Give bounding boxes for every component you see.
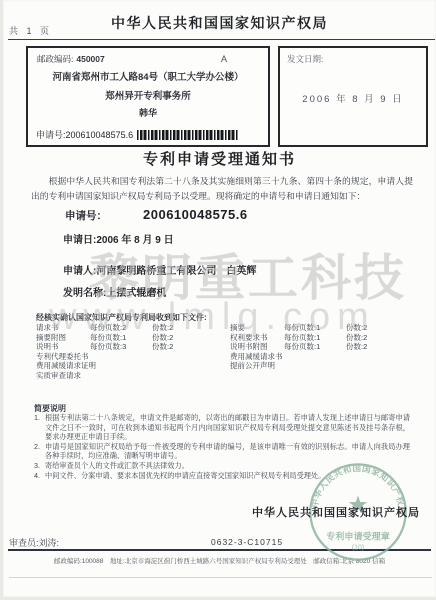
- note-number: 3.: [34, 461, 45, 471]
- note-item: 2. 申请号是国家知识产权局给予每一件被受理的专利申请的编号，是该申请唯一有效的…: [34, 442, 410, 461]
- document-pages: 每份页数:1: [284, 341, 346, 352]
- note-item: 1. 根据专利法第二十八条规定，申请文件是邮寄的，以寄出的邮戳日为申请日。若申请…: [34, 413, 410, 442]
- application-number-field: 申请号： 200610048575.6: [65, 207, 248, 223]
- applicant-value: 河南黎明路桥重工有限公司 白英辉: [96, 266, 256, 277]
- application-number-row: 申请号: 200610048575.6: [36, 128, 239, 141]
- notice-body-paragraph: 根据中华人民共和国专利法第二十八条及其实施细则第三十九条、第四十条的规定，申请人…: [31, 174, 413, 203]
- note-number: 4.: [34, 471, 45, 481]
- document-copies: 份数:2: [152, 341, 197, 352]
- postal-code-value: 450007: [76, 54, 104, 64]
- note-text: 根据专利法第二十八条规定，申请文件是邮寄的，以寄出的邮戳日为申请日。若申请人发现…: [45, 413, 410, 442]
- document-name: 实质审查请求: [36, 370, 81, 381]
- received-documents-left-column: 请求书 每份页数:2 份数:2 摘要附图 每份页数:1 份数:2 说明书 每份页…: [36, 322, 221, 380]
- seal-number: (10): [352, 544, 364, 551]
- recipient-person: 韩华: [28, 106, 268, 119]
- footer-agency-name: 中华人民共和国国家知识产权局: [252, 504, 420, 520]
- received-documents-right-column: 摘要 每份页数:1 份数:2 权利要求书 每份页数:1 份数:2 说明书附图 每…: [230, 322, 415, 370]
- scan-edge-line: [9, 577, 432, 578]
- postal-code-row: 邮政编码: 450007 A: [37, 53, 259, 65]
- invention-name-value: 上摆式辊磨机: [106, 288, 166, 299]
- document-row: 费用减缓请求证明: [36, 360, 221, 370]
- applicant-label: 申请人:: [63, 266, 96, 277]
- issue-date-value: 2006 年 8 月 9 日: [280, 91, 426, 105]
- invention-name-field: 发明名称:上摆式辊磨机: [63, 284, 166, 299]
- document-copies: 份数:2: [346, 341, 391, 352]
- document-row: 实质审查请求: [36, 370, 221, 380]
- recipient-address-box: 邮政编码: 450007 A 河南省郑州市工人路84号（职工大学办公楼） 郑州异…: [26, 46, 270, 147]
- seal-center-text: 专利申请受理章: [326, 531, 390, 542]
- postal-code-label: 邮政编码:: [37, 53, 73, 65]
- issue-date-box: 发文日期: 2006 年 8 月 9 日: [278, 46, 428, 147]
- note-number: 1.: [34, 413, 45, 442]
- document-row: 说明书附图 每份页数:1 份数:2: [230, 341, 415, 351]
- document-pages: 每份页数:3: [90, 341, 152, 352]
- issue-date-label: 发文日期:: [287, 53, 426, 65]
- filing-date-field: 申请日:2006 年 8 月 9 日: [63, 231, 174, 246]
- application-number-field-label: 申请号：: [65, 208, 107, 223]
- document-code: 0632-3-C10715: [211, 537, 283, 547]
- filing-date-label: 申请日:: [63, 235, 96, 246]
- document-row: 提前公开声明: [230, 360, 415, 370]
- note-text: 申请号是国家知识产权局给予每一件被受理的专利申请的编号，是该申请唯一有效的识别标…: [45, 442, 410, 461]
- applicant-field: 申请人:河南黎明路桥重工有限公司 白英辉: [63, 262, 256, 277]
- document-row: 权利要求书 每份页数:1 份数:2: [230, 332, 415, 342]
- examiner-field: 审查员:刘涛:: [9, 536, 59, 549]
- recipient-street-address: 河南省郑州市工人路84号（职工大学办公楼）: [28, 69, 268, 83]
- document-row: 摘要 每份页数:1 份数:2: [230, 322, 415, 332]
- filing-date-value: 2006 年 8 月 9 日: [96, 235, 173, 246]
- note-number: 2.: [34, 442, 45, 461]
- document-name: 提前公开声明: [230, 360, 275, 371]
- header-divider: [8, 39, 435, 40]
- type-mark: A: [221, 54, 227, 64]
- agency-header-title: 中华人民共和国国家知识产权局: [3, 13, 436, 33]
- application-number-field-value: 200610048575.6: [143, 207, 248, 222]
- notice-title: 专利申请受理通知书: [3, 148, 436, 169]
- document-row: 摘要附图 每份页数:1 份数:2: [36, 332, 221, 342]
- barcode: [137, 130, 239, 140]
- invention-name-label: 发明名称:: [63, 288, 106, 299]
- application-number-label: 申请号:: [36, 128, 66, 141]
- document-row: 专利代理委托书: [36, 351, 221, 361]
- recipient-patent-agency: 郑州异开专利事务所: [28, 88, 268, 102]
- document-row: 请求书 每份页数:2 份数:2: [36, 322, 221, 332]
- application-number-value: 200610048575.6: [66, 130, 134, 140]
- scanned-notice-page: 共 1 页 中华人民共和国国家知识产权局 邮政编码: 450007 A 河南省郑…: [3, 0, 436, 597]
- document-row: 说明书 每份页数:3 份数:2: [36, 341, 221, 351]
- document-row: 费用减缓请求书: [230, 351, 415, 361]
